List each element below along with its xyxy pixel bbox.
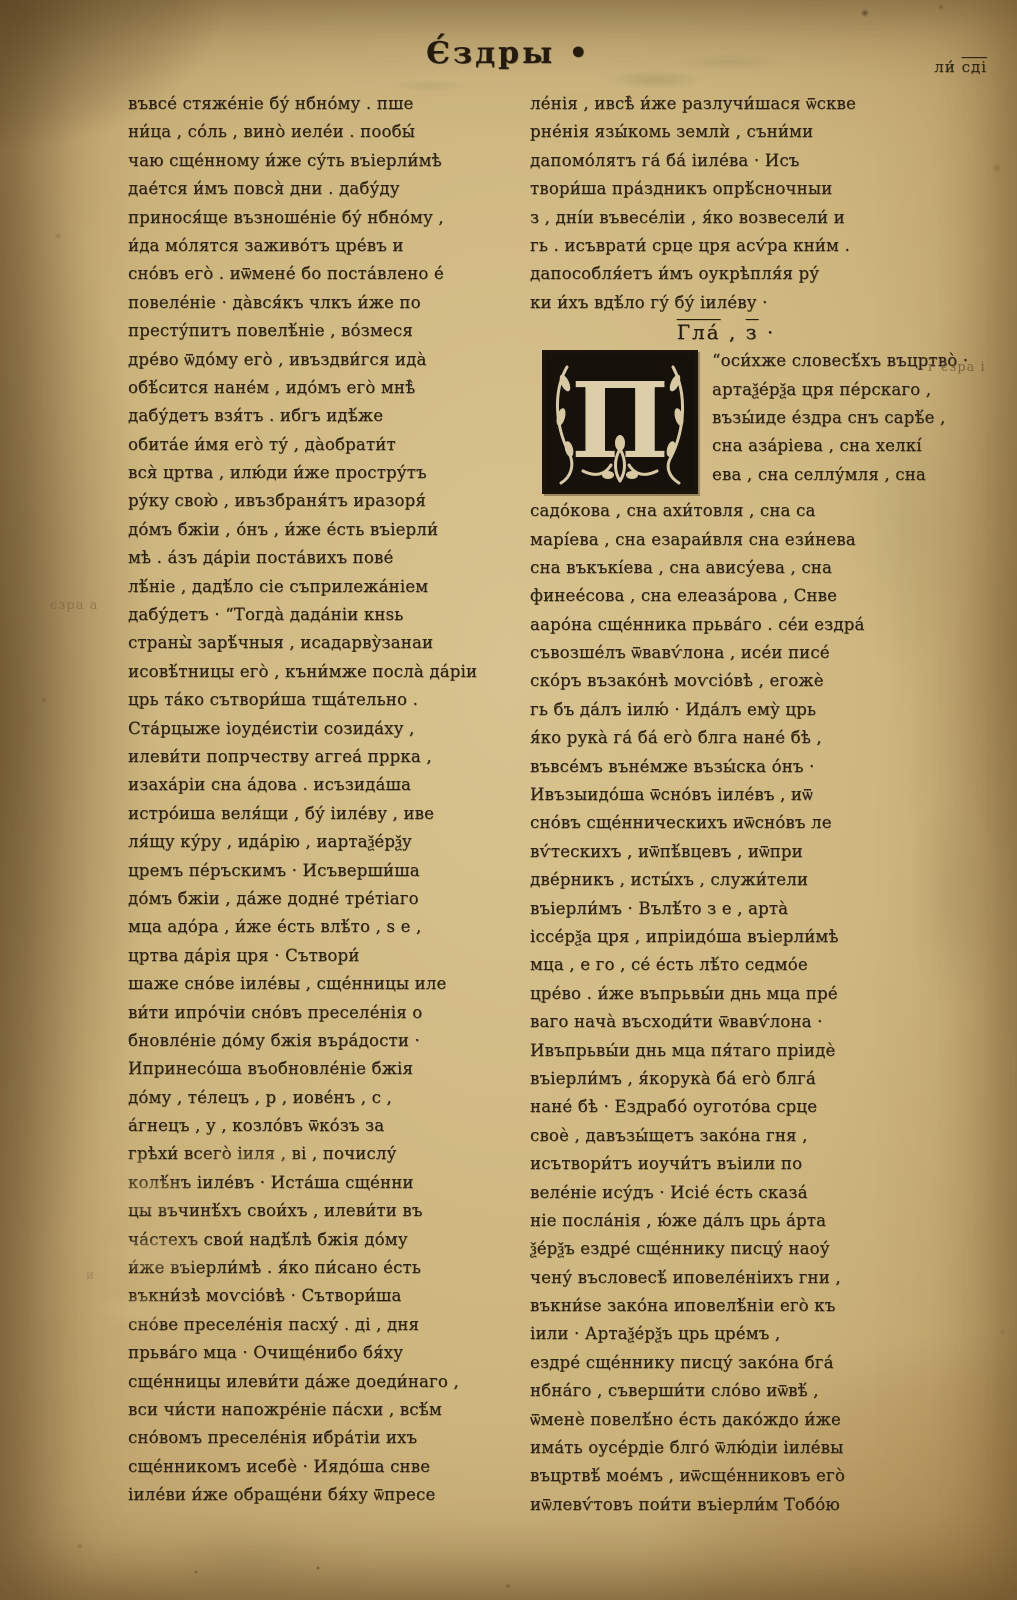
text-line: мѣ . а́зъ да́ріи поста́вихъ пове́ bbox=[128, 544, 524, 572]
text-line: ѿменѐ повелѣ́но е́сть дако́ждо и́же bbox=[530, 1406, 922, 1434]
text-line: твори́ша пра́здникъ опрѣ́сночныи bbox=[530, 175, 922, 203]
text-line: до́мъ бжіи , да́же додне́ тре́тіаго bbox=[128, 885, 524, 913]
text-line: илеви́ти попрчеству аггеа́ пррка , bbox=[128, 743, 524, 771]
text-line: сна въкъкі́ева , сна авису́ева , сна bbox=[530, 554, 922, 582]
text-line: дре́во ѿдо́му его̀ , ивъздви́гся ида̀ bbox=[128, 346, 524, 374]
text-line: цы въчинѣ́хъ свои́хъ , илеви́ти въ bbox=[128, 1197, 524, 1225]
text-line: ездре́ сще́ннику писцу́ зако́на бга́ bbox=[530, 1349, 922, 1377]
margin-note-left: єзра а bbox=[50, 598, 98, 613]
text-line: престу́питъ повелѣ́ніе , во́змеся bbox=[128, 317, 524, 345]
text-line: ча́стехъ свои́ надѣ́лѣ бжія до́му bbox=[128, 1226, 524, 1254]
text-line: ааро́на сще́нника прьва́го . се́и ездра́ bbox=[530, 611, 922, 639]
text-line: іили · Артаѯе́рѯъ црь цре́мъ , bbox=[530, 1320, 922, 1348]
text-line: чаю сще́нному и́же су́ть въіерли́мѣ bbox=[128, 147, 524, 175]
text-line: сно́въ его̀ . иѿмене́ бо поста́влено е́ bbox=[128, 260, 524, 288]
text-line: две́рникъ , исты́хъ , служи́тели bbox=[530, 866, 922, 894]
text-line: шаже сно́ве іиле́вы , сще́нницы иле bbox=[128, 970, 524, 998]
folio-number: ли́ сді bbox=[934, 58, 987, 76]
text-line: бновле́ніе до́му бжія въра́дости · bbox=[128, 1027, 524, 1055]
text-line: ніе посла́нія , ю́же да́лъ црь а́рта bbox=[530, 1207, 922, 1235]
text-line: іссе́рѯа цря , ипріидо́ша въіерли́мѣ bbox=[530, 923, 922, 951]
text-line: црь та́ко сътвори́ша тща́тельно . bbox=[128, 686, 524, 714]
left-text-column: въвсе́ стяже́ніе бу́ нбно́му . пшени́ца … bbox=[128, 90, 524, 1510]
text-line: исовѣ́тницы его̀ , къни́мже посла̀ да́рі… bbox=[128, 658, 524, 686]
text-line: обѣ́сится нане́м , идо́мъ его̀ мнѣ̀ bbox=[128, 374, 524, 402]
book-page: { "page": { "running_title": "Є́здры •",… bbox=[0, 0, 1017, 1600]
text-line: цре́во . и́же въпрьвы́и днь мца пре́ bbox=[530, 980, 922, 1008]
text-line: а́гнецъ , у , козло́въ ѿко́зъ за bbox=[128, 1112, 524, 1140]
text-line: дабу́детъ взя́тъ . ибгъ идѣ́же bbox=[128, 402, 524, 430]
text-line: Ивъпрьвы́и днь мца пя́таго пріидѐ bbox=[530, 1037, 922, 1065]
right-text-column: ле́нія , ивсѣ̀ и́же разлучи́шася ѿскверн… bbox=[530, 90, 922, 1519]
text-line: въкни́ѕе зако́на иповелѣ́ніи его̀ къ bbox=[530, 1292, 922, 1320]
text-line: грѣхи́ всего̀ іиля , ві , почислу́ bbox=[128, 1140, 524, 1168]
text-line: ви́ти ипро́чіи сно́въ преселе́нія о bbox=[128, 999, 524, 1027]
text-line: своѐ , давъзы́щетъ зако́на гня , bbox=[530, 1122, 922, 1150]
chapter-word: Гла́ bbox=[677, 320, 721, 344]
text-line: до́му , те́лецъ , р , иове́нъ , с , bbox=[128, 1084, 524, 1112]
chapter-sep: , bbox=[721, 320, 746, 344]
text-line: ру́ку свою̀ , ивъзбраня́тъ иразоря́ bbox=[128, 487, 524, 515]
text-line: я́ко рука̀ га́ ба́ его̀ блга нане́ бѣ , bbox=[530, 724, 922, 752]
text-line: колѣ́нъ іиле́въ · Иста́ша сще́нни bbox=[128, 1169, 524, 1197]
text-line: съвозше́лъ ѿвавѵ́лона , исе́и писе́ bbox=[530, 639, 922, 667]
right-column-top-lines: ле́нія , ивсѣ̀ и́же разлучи́шася ѿскверн… bbox=[530, 90, 922, 317]
text-line: въіерли́мъ · Вълѣ́то з е , арта̀ bbox=[530, 895, 922, 923]
margin-note-left-small: и bbox=[86, 1268, 95, 1282]
text-line: финее́сова , сна елеаза́рова , Снве bbox=[530, 582, 922, 610]
text-line: Ивъзыидо́ша ѿсно́въ іиле́въ , иѿ bbox=[530, 781, 922, 809]
text-line: дапомо́лятъ га́ ба́ іиле́ва · Исъ bbox=[530, 147, 922, 175]
folio-value: сді bbox=[962, 58, 987, 76]
chapter-opening-block: П “оси́хже словесѣ́хъ въцртво̀ ·артаѯе́р… bbox=[530, 347, 922, 1519]
text-line: чену́ въсловесѣ́ иповеле́ніихъ гни , bbox=[530, 1264, 922, 1292]
text-line: ки и́хъ вдѣ́ло гу́ бу́ іиле́ву · bbox=[530, 289, 922, 317]
woodcut-initial-block: П bbox=[542, 350, 698, 494]
text-line: повеле́ніе · да̀вся́къ члкъ и́же по bbox=[128, 289, 524, 317]
text-line: вѵ́тескихъ , иѿпѣ́вцевъ , иѿпри bbox=[530, 838, 922, 866]
text-line: въвсе́мъ въне́мже възы́ска о́нъ · bbox=[530, 753, 922, 781]
text-line: садо́кова , сна ахи́товля , сна са bbox=[530, 497, 922, 525]
text-line: цртва да́рія цря · Сътвори́ bbox=[128, 942, 524, 970]
text-line: нане́ бѣ · Ездрабо́ оугото́ва срце bbox=[530, 1093, 922, 1121]
text-line: и́же въіерли́мѣ . я́ко пи́сано е́сть bbox=[128, 1254, 524, 1282]
text-line: сно́въ сще́нническихъ иѿсно́въ ле bbox=[530, 809, 922, 837]
text-line: въцртвѣ́ мое́мъ , иѿсще́нниковъ его̀ bbox=[530, 1462, 922, 1490]
text-line: ваго нача̀ въсходи́ти ѿвавѵ́лона · bbox=[530, 1008, 922, 1036]
text-line: сно́вомъ преселе́нія ибра́тіи ихъ bbox=[128, 1424, 524, 1452]
text-line: ле́нія , ивсѣ̀ и́же разлучи́шася ѿскве bbox=[530, 90, 922, 118]
text-line: принося́ще възноше́ніе бу́ нбно́му , bbox=[128, 204, 524, 232]
text-line: вси чи́сти напожре́ніе па́схи , всѣ́м bbox=[128, 1396, 524, 1424]
text-line: нбна́го , съверши́ти сло́во иѿвѣ́ , bbox=[530, 1377, 922, 1405]
text-line: мца адо́ра , и́же е́сть влѣ́то , ѕ е , bbox=[128, 913, 524, 941]
text-line: Ста́рцыже іоуде́истіи созида́ху , bbox=[128, 715, 524, 743]
text-line: сще́нникомъ исебѐ · Иядо́ша снве bbox=[128, 1453, 524, 1481]
text-line: въвсе́ стяже́ніе бу́ нбно́му . пше bbox=[128, 90, 524, 118]
text-line: ско́ръ възако́нѣ моѵсіо́вѣ , егожѐ bbox=[530, 667, 922, 695]
text-line: дае́тся и́мъ повся̀ дни . дабу́ду bbox=[128, 175, 524, 203]
text-line: ля́щу ку́ру , ида́рію , иартаѯе́рѯу bbox=[128, 828, 524, 856]
text-line: страны̀ зарѣ́чныя , исадарву̀занаи bbox=[128, 629, 524, 657]
text-line: марі́ева , сна езараи́вля сна ези́нева bbox=[530, 526, 922, 554]
chapter-end: · bbox=[759, 320, 776, 344]
text-line: ни́ца , со́ль , вино̀ иеле́и . пообы́ bbox=[128, 118, 524, 146]
ornate-initial-graphic: П bbox=[545, 353, 695, 491]
text-line: іиле́ви и́же обраще́ни бя́ху ѿпресе bbox=[128, 1481, 524, 1509]
text-line: въкни́зѣ моѵсіо́вѣ · Сътвори́ша bbox=[128, 1282, 524, 1310]
text-line: има́ть оусе́рдіе блго́ ѿлю́діи іиле́вы bbox=[530, 1434, 922, 1462]
folio-prefix: ли́ bbox=[934, 58, 956, 76]
text-line: иѿлевѵ́товъ пои́ти въіерли́м Тобо́ю bbox=[530, 1491, 922, 1519]
text-line: вся̀ цртва , илю́ди и́же простру́тъ bbox=[128, 459, 524, 487]
chapter-heading: Гла́ , з · bbox=[530, 317, 922, 347]
running-title: Є́здры • bbox=[0, 36, 1017, 71]
text-line: гь бъ да́лъ іилю́ · Ида́лъ ему̀ црь bbox=[530, 696, 922, 724]
text-line: и́да мо́лятся заживо́тъ цре́въ и bbox=[128, 232, 524, 260]
text-line: веле́ніе ису́дъ · Исіе́ е́сть сказа́ bbox=[530, 1179, 922, 1207]
margin-note-right: г є́зра і bbox=[928, 360, 986, 375]
text-line: прьва́го мца · Очище́нибо бя́ху bbox=[128, 1339, 524, 1367]
text-line: въіерли́мъ , я́корука̀ ба́ его̀ блга́ bbox=[530, 1065, 922, 1093]
right-column-bottom-lines: садо́кова , сна ахи́товля , сна самарі́е… bbox=[530, 497, 922, 1519]
text-line: сще́нницы илеви́ти да́же доеди́наго , bbox=[128, 1368, 524, 1396]
text-line: истро́иша веля́щи , бу́ іиле́ву , иве bbox=[128, 800, 524, 828]
text-line: гь . исъврати́ срце цря асѵ́ра кни́м . bbox=[530, 232, 922, 260]
text-line: мца , е го , се́ е́сть лѣ́то седмо́е bbox=[530, 951, 922, 979]
text-line: исътвори́тъ иоучи́тъ въіили по bbox=[530, 1150, 922, 1178]
chapter-number: з bbox=[746, 320, 759, 344]
text-line: обита́е и́мя его̀ ту́ , да̀обрати́т bbox=[128, 431, 524, 459]
text-line: ѯе́рѯъ ездре́ сще́ннику писцу́ наоу́ bbox=[530, 1235, 922, 1263]
text-line: цремъ пе́ръскимъ · Исъверши́ша bbox=[128, 857, 524, 885]
text-line: сно́ве преселе́нія пасху́ . ді , дня bbox=[128, 1311, 524, 1339]
text-line: рне́нія язы́комь землѝ , съни́ми bbox=[530, 118, 922, 146]
text-line: дабу́детъ · “Тогда̀ дада́ніи кнѕь bbox=[128, 601, 524, 629]
drop-cap-letter: П bbox=[571, 359, 669, 482]
text-line: лѣ́ніе , дадѣ́ло сіе съприлежа́ніем bbox=[128, 573, 524, 601]
text-line: Ипринесо́ша въобновле́ніе бжія bbox=[128, 1055, 524, 1083]
text-line: з , дні́и въвесе́ліи , я́ко возвесели́ и bbox=[530, 204, 922, 232]
text-line: дапособля́етъ и́мъ оукрѣпля́я ру́ bbox=[530, 260, 922, 288]
text-line: изаха́ріи сна а́дова . исъзида́ша bbox=[128, 771, 524, 799]
text-line: до́мъ бжіи , о́нъ , и́же е́сть въіерли́ bbox=[128, 516, 524, 544]
